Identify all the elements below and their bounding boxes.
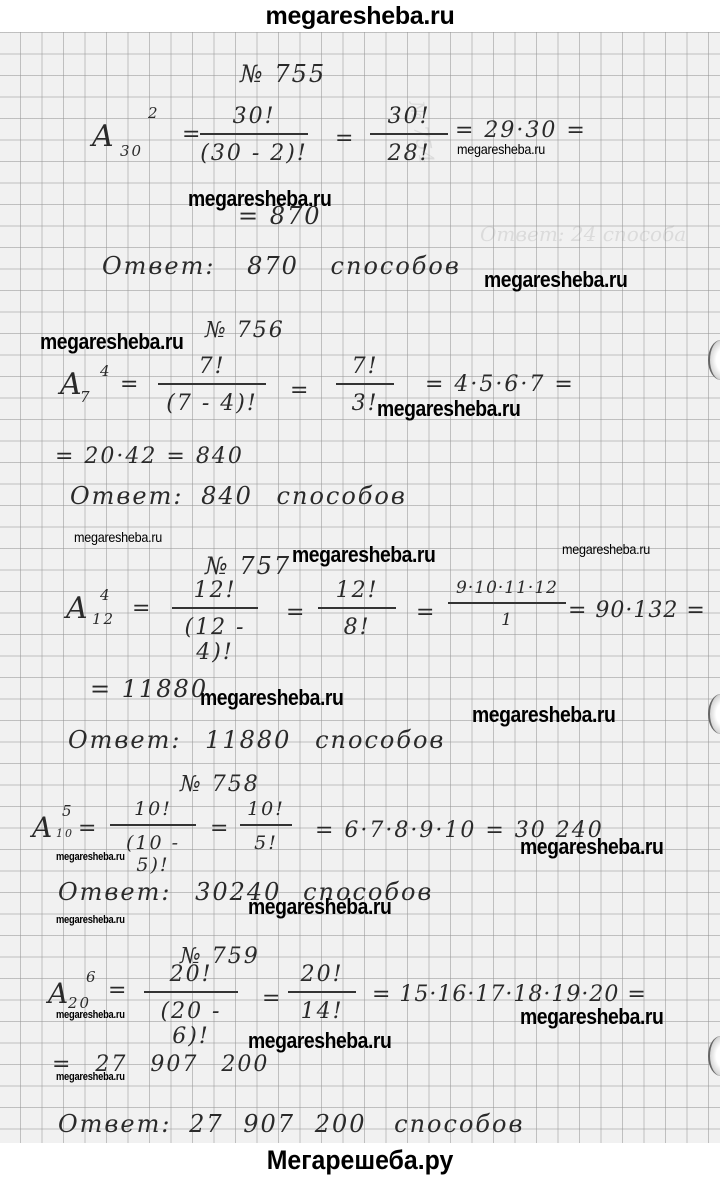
watermark: megaresheba.ru <box>200 687 343 709</box>
notebook-page: № 754 Ответ: 24 способа № 755 A 2 30 = 3… <box>0 32 720 1143</box>
equals-sign: = <box>286 602 306 624</box>
numerator: 20! <box>288 962 356 993</box>
equals-sign: = <box>335 128 355 150</box>
fraction: 30! (30 - 2)! <box>200 104 308 166</box>
denominator: (7 - 4)! <box>158 385 266 416</box>
fraction: 10! 5! <box>240 798 292 854</box>
site-header[interactable]: megaresheba.ru <box>0 0 720 32</box>
permutation-symbol: A <box>32 814 54 842</box>
binder-hole <box>708 1036 720 1076</box>
equals-sign: = <box>210 818 230 840</box>
numerator: 10! <box>240 798 292 826</box>
fraction: 20! 14! <box>288 962 356 1024</box>
result-line: = 20·42 = 840 <box>55 446 244 468</box>
numerator: 30! <box>370 104 448 135</box>
watermark: megaresheba.ru <box>484 269 627 291</box>
answer-label: Ответ: <box>102 252 215 280</box>
equals-sign: = <box>262 988 282 1010</box>
watermark: megaresheba.ru <box>56 915 125 926</box>
answer-unit: способов <box>315 726 445 754</box>
equals-sign: = <box>416 602 436 624</box>
answer-line: Ответ: 840 способов <box>70 484 407 508</box>
permutation-symbol: A <box>92 122 116 152</box>
numerator: 9·10·11·12 <box>448 578 566 604</box>
answer-line: Ответ: 870 способов <box>102 254 461 278</box>
watermark: megaresheba.ru <box>472 704 615 726</box>
product-expression: = 15·16·17·18·19·20 = <box>372 984 647 1006</box>
equals-sign: = <box>108 980 128 1002</box>
denominator: 8! <box>318 609 396 640</box>
product-expression: = 4·5·6·7 = <box>425 374 575 396</box>
answer-value: 11880 <box>205 726 291 754</box>
watermark: megaresheba.ru <box>248 1030 391 1052</box>
numerator: 12! <box>318 578 396 609</box>
site-footer[interactable]: Мегарешеба.ру <box>29 1143 691 1177</box>
numerator: 10! <box>110 798 196 826</box>
fraction: 7! (7 - 4)! <box>158 354 266 416</box>
answer-value: 870 <box>247 252 299 280</box>
denominator: (20 - 6)! <box>144 993 238 1049</box>
answer-line: Ответ: 27 907 200 способов <box>58 1112 524 1136</box>
denominator: (30 - 2)! <box>200 135 308 166</box>
product-expression: = 90·132 = <box>568 600 706 622</box>
numerator: 7! <box>336 354 394 385</box>
watermark: megaresheba.ru <box>56 852 125 863</box>
superscript: 4 <box>100 364 112 379</box>
permutation-symbol: A <box>48 980 70 1008</box>
denominator: 1 <box>448 604 566 630</box>
problem-number: № 755 <box>240 62 326 86</box>
answer-label: Ответ: <box>70 482 183 510</box>
superscript: 2 <box>148 106 160 121</box>
problem-number: № 758 <box>180 774 260 796</box>
answer-label: Ответ: <box>68 726 181 754</box>
watermark: megaresheba.ru <box>292 544 435 566</box>
superscript: 5 <box>62 804 74 819</box>
watermark: megaresheba.ru <box>457 142 545 156</box>
fraction: 12! (12 - 4)! <box>172 578 258 665</box>
fraction: 10! (10 - 5)! <box>110 798 196 876</box>
answer-label: Ответ: <box>58 1110 171 1138</box>
answer-unit: способов <box>277 482 407 510</box>
equals-sign: = <box>120 374 140 396</box>
fraction: 9·10·11·12 1 <box>448 578 566 630</box>
answer-unit: способов <box>394 1110 524 1138</box>
answer-unit: способов <box>331 252 461 280</box>
answer-line: Ответ: 11880 способов <box>68 728 445 752</box>
equals-sign: = <box>78 818 98 840</box>
equals-sign: = <box>290 380 310 402</box>
watermark: megaresheba.ru <box>520 836 663 858</box>
problem-number: № 756 <box>205 320 285 342</box>
numerator: 7! <box>158 354 266 385</box>
binder-hole <box>708 340 720 380</box>
denominator: 5! <box>240 826 292 854</box>
watermark: megaresheba.ru <box>40 331 183 353</box>
denominator: 14! <box>288 993 356 1024</box>
subscript: 30 <box>120 144 143 159</box>
result-line: = 11880 <box>90 677 208 701</box>
numerator: 30! <box>200 104 308 135</box>
watermark: megaresheba.ru <box>188 188 331 210</box>
problem-number: № 757 <box>205 554 291 578</box>
subscript: 7 <box>80 390 92 405</box>
numerator: 20! <box>144 962 238 993</box>
fraction: 12! 8! <box>318 578 396 640</box>
watermark: megaresheba.ru <box>56 1010 125 1021</box>
binder-hole <box>708 694 720 734</box>
product-expression: = 29·30 = <box>455 120 587 142</box>
superscript: 6 <box>86 970 98 985</box>
fraction: 30! 28! <box>370 104 448 166</box>
fraction: 20! (20 - 6)! <box>144 962 238 1049</box>
subscript: 12 <box>92 612 115 627</box>
subscript: 10 <box>56 828 74 839</box>
watermark: megaresheba.ru <box>74 530 162 544</box>
denominator: (12 - 4)! <box>172 609 258 665</box>
answer-value: 840 <box>201 482 253 510</box>
watermark: megaresheba.ru <box>248 896 391 918</box>
bleed-through-text: Ответ: 24 способа <box>480 222 686 246</box>
equals-sign: = <box>132 598 152 620</box>
answer-value: 27 907 200 <box>189 1110 366 1138</box>
watermark: megaresheba.ru <box>562 542 650 556</box>
permutation-symbol: A <box>66 594 90 624</box>
denominator: 28! <box>370 135 448 166</box>
watermark: megaresheba.ru <box>377 398 520 420</box>
answer-label: Ответ: <box>58 878 171 906</box>
watermark: megaresheba.ru <box>520 1006 663 1028</box>
numerator: 12! <box>172 578 258 609</box>
watermark: megaresheba.ru <box>56 1072 125 1083</box>
superscript: 4 <box>100 588 112 603</box>
